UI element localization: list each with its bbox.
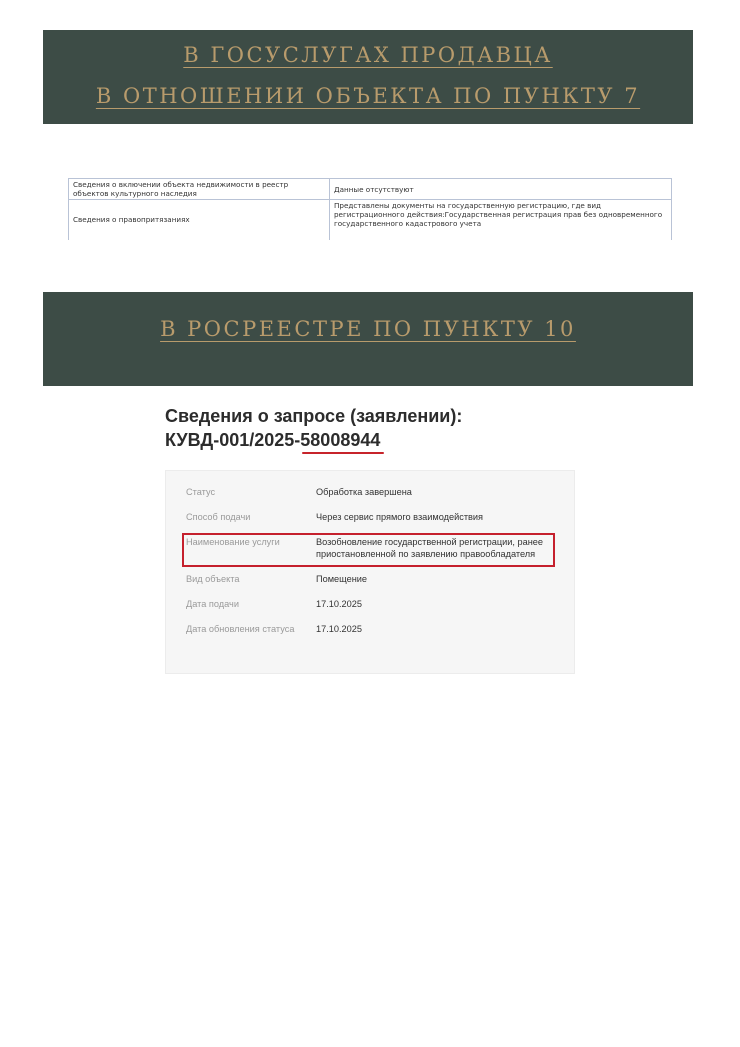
detail-value: 17.10.2025 — [316, 598, 556, 610]
document-page: В ГОСУСЛУГАХ ПРОДАВЦА В ОТНОШЕНИИ ОБЪЕКТ… — [0, 0, 740, 1047]
detail-value: Через сервис прямого взаимодействия — [316, 511, 556, 523]
detail-value: 17.10.2025 — [316, 623, 556, 635]
request-title: Сведения о запросе (заявлении): КУВД-001… — [165, 404, 462, 452]
table-cell-label: Сведения о включении объекта недвижимост… — [69, 179, 330, 200]
request-number: КУВД-001/2025-58008944 — [165, 428, 462, 452]
egrn-info-table: Сведения о включении объекта недвижимост… — [68, 178, 672, 240]
table-cell-value: Представлены документы на государственну… — [330, 200, 672, 240]
section-banner-rosreestr: В РОСРЕЕСТРЕ ПО ПУНКТУ 10 — [43, 292, 693, 386]
table-cell-value: Данные отсутствуют — [330, 179, 672, 200]
detail-label: Статус — [186, 486, 311, 498]
table-row: Сведения о правопритязаниях Представлены… — [69, 200, 672, 240]
detail-value: Возобновление государственной регистраци… — [316, 536, 556, 560]
detail-label: Дата подачи — [186, 598, 311, 610]
banner-title-line-1: В ГОСУСЛУГАХ ПРОДАВЦА — [43, 44, 693, 66]
detail-label: Наименование услуги — [186, 536, 311, 548]
banner-title-line-2: В ОТНОШЕНИИ ОБЪЕКТА ПО ПУНКТУ 7 — [43, 85, 693, 107]
request-number-prefix: КУВД-001/2025- — [165, 430, 300, 450]
detail-value: Помещение — [316, 573, 556, 585]
detail-value: Обработка завершена — [316, 486, 556, 498]
section-banner-gosuslugi: В ГОСУСЛУГАХ ПРОДАВЦА В ОТНОШЕНИИ ОБЪЕКТ… — [43, 30, 693, 124]
table-row: Сведения о включении объекта недвижимост… — [69, 179, 672, 200]
request-details-card: Статус Обработка завершена Способ подачи… — [165, 470, 575, 674]
table-cell-label: Сведения о правопритязаниях — [69, 200, 330, 240]
detail-label: Способ подачи — [186, 511, 311, 523]
banner-title: В РОСРЕЕСТРЕ ПО ПУНКТУ 10 — [160, 318, 576, 340]
request-number-highlighted: 58008944 — [300, 430, 380, 450]
detail-label: Дата обновления статуса — [186, 623, 311, 635]
detail-label: Вид объекта — [186, 573, 311, 585]
request-title-heading: Сведения о запросе (заявлении): — [165, 404, 462, 428]
